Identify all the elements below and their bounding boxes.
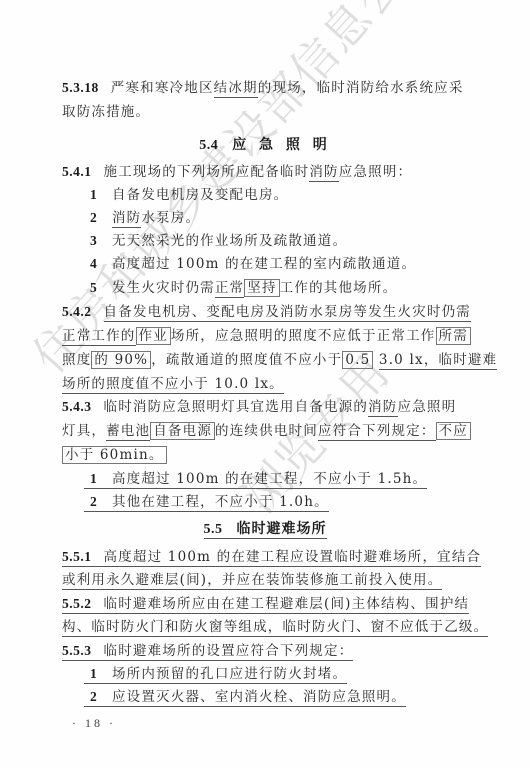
clause-5-4-2-line-2: 正常工作的作业场所，应急照明的照度不应低于正常工作所需 — [62, 327, 471, 345]
item-text: 水泵房。 — [141, 210, 200, 226]
clause-text: 场所，应急照明的照度不应低于正常工作 — [171, 328, 436, 344]
clause-number: 5.5.3 — [62, 643, 92, 658]
item-text: 发生火灾时仍需 — [112, 280, 215, 296]
revised-text: 临时避难场所应由在建工程避难层(间)主体结构、围护结 — [104, 596, 470, 612]
list-item: 2消防水泵房。 — [84, 209, 200, 227]
section-heading-5-5: 5.5临时避难场所 — [0, 518, 530, 538]
revised-text: 临时避难场所的设置应符合下列规定： — [104, 643, 354, 659]
item-text: 其他在建工程，不应小于 1.0h。 — [112, 494, 329, 510]
document-page: 住房和城乡建设部信息公开 浏览专用 5.3.18严寒和寒冷地区结冰期的现场，临时… — [0, 0, 530, 768]
clause-5-5-2-line-2: 构、临时防火门和防火窗等组成，临时防火门、窗不应低于乙级。 — [62, 618, 488, 636]
item-number: 5 — [90, 280, 98, 295]
item-number: 3 — [90, 233, 98, 248]
deleted-text: 的 90% — [91, 351, 151, 369]
clause-5-3-18-line-1: 5.3.18严寒和寒冷地区结冰期的现场，临时消防给水系统应采 — [62, 79, 464, 97]
clause-number: 5.5.2 — [62, 596, 92, 611]
revised-text: 消防 — [309, 164, 338, 182]
clause-number: 5.5.1 — [62, 549, 92, 564]
item-number: 2 — [90, 689, 98, 704]
clause-text: 灯具， — [62, 423, 106, 439]
item-text: 高度超过 100m 的在建工程的室内疏散通道。 — [112, 256, 416, 272]
revised-text: 高度超过 100m 的在建工程应设置临时避难场所，宜结合 — [104, 549, 482, 565]
item-text: 工作的其他场所。 — [280, 280, 398, 296]
clause-text: 应急照明 — [398, 399, 457, 415]
section-heading-5-4: 5.4应 急 照 明 — [0, 134, 530, 154]
clause-5-3-18-line-2: 取防冻措施。 — [62, 103, 150, 121]
item-number: 2 — [90, 494, 98, 509]
clause-text: 的现场，临时消防给水系统应采 — [258, 80, 464, 96]
clause-text: 应急照明： — [339, 164, 413, 180]
clause-5-4-2-line-3: 照度的 90%，疏散通道的照度值不应小于0.5 3.0 lx，临时避难 — [62, 351, 497, 369]
deleted-text: 0.5 — [342, 351, 373, 369]
list-item: 5发生火灾时仍需正常坚持工作的其他场所。 — [84, 279, 397, 297]
clause-text: 临时消防应急照明灯具宜选用自备电源的 — [104, 399, 369, 415]
clause-text: ，疏散通道的照度值不应小于 — [151, 352, 342, 368]
item-number: 2 — [90, 210, 98, 225]
clause-5-5-2-line-1: 5.5.2临时避难场所应由在建工程避难层(间)主体结构、围护结 — [62, 595, 469, 613]
deleted-text: 小于 60min。 — [62, 446, 167, 464]
clause-5-5-1-line-2: 或利用永久避难层(间)，并应在装饰装修施工前投入使用。 — [62, 571, 442, 589]
item-text: 场所内预留的孔口应进行防火封堵。 — [112, 666, 347, 682]
clause-5-4-1: 5.4.1施工现场的下列场所应配备临时消防应急照明： — [62, 163, 412, 181]
list-item: 4高度超过 100m 的在建工程的室内疏散通道。 — [84, 255, 416, 273]
section-number: 5.5 — [204, 522, 223, 537]
revised-text: 场所的照度值不应小于 10.0 lx。 — [62, 376, 284, 394]
deleted-text: 所需 — [436, 327, 471, 345]
clause-text: 照度 — [62, 352, 91, 368]
clause-5-5-3: 5.5.3临时避难场所的设置应符合下列规定： — [62, 642, 353, 660]
revised-text: 正常 — [215, 280, 244, 298]
section-number: 5.4 — [199, 138, 218, 153]
clause-5-4-2-line-4: 场所的照度值不应小于 10.0 lx。 — [62, 375, 284, 393]
clause-5-4-3-line-1: 5.4.3临时消防应急照明灯具宜选用自备电源的消防应急照明 — [62, 398, 456, 416]
clause-number: 5.4.1 — [62, 164, 92, 179]
list-item: 1高度超过 100m 的在建工程，不应小于 1.5h。 — [84, 470, 427, 488]
list-item: 3无天然采光的作业场所及疏散通道。 — [84, 232, 347, 250]
clause-text: 的连续供电时间 — [215, 423, 318, 439]
section-title: 临时避难场所 — [237, 521, 327, 537]
list-item: 2应设置灭火器、室内消火栓、消防应急照明。 — [84, 688, 406, 706]
list-item: 1自备发电机房及变配电房。 — [84, 186, 288, 204]
list-item: 2其他在建工程，不应小于 1.0h。 — [84, 493, 329, 511]
item-text: 高度超过 100m 的在建工程，不应小于 1.5h。 — [112, 471, 427, 487]
deleted-text: 作业 — [136, 327, 171, 345]
deleted-text: 不应 — [436, 422, 471, 440]
clause-5-5-1-line-1: 5.5.1高度超过 100m 的在建工程应设置临时避难场所，宜结合 — [62, 548, 481, 566]
revised-text: 蓄电池 — [106, 423, 150, 441]
item-number: 1 — [90, 666, 98, 681]
item-number: 4 — [90, 256, 98, 271]
revised-text: 结冰期 — [214, 80, 258, 98]
revised-text: 或利用永久避难层(间)，并应在装饰装修施工前投入使用。 — [62, 572, 442, 590]
clause-number: 5.3.18 — [62, 80, 99, 95]
clause-number: 5.4.2 — [62, 304, 92, 319]
item-text: 无天然采光的作业场所及疏散通道。 — [112, 233, 347, 249]
revised-text: 消防 — [368, 399, 397, 417]
revised-text: ，临时避难 — [424, 352, 498, 370]
revised-text: 应符合下列规定： — [318, 423, 436, 441]
revised-text: 自备发电机房、变配电房及消防水泵房等发生火灾时仍需 — [104, 304, 472, 322]
deleted-text: 坚持 — [244, 279, 279, 297]
clause-text: 施工现场的下列场所应配备临时 — [104, 164, 310, 180]
section-title: 应 急 照 明 — [232, 137, 331, 153]
item-text: 应设置灭火器、室内消火栓、消防应急照明。 — [112, 689, 406, 705]
clause-5-4-2-line-1: 5.4.2自备发电机房、变配电房及消防水泵房等发生火灾时仍需 — [62, 303, 471, 321]
item-number: 1 — [90, 187, 98, 202]
revised-text: 消防 — [112, 210, 141, 228]
item-text: 自备发电机房及变配电房。 — [112, 187, 288, 203]
clause-number: 5.4.3 — [62, 399, 92, 414]
clause-5-4-3-line-2: 灯具，蓄电池自备电源的连续供电时间应符合下列规定：不应 — [62, 422, 471, 440]
item-number: 1 — [90, 471, 98, 486]
revised-text: 3.0 lx — [379, 352, 424, 370]
page-number: · 18 · — [72, 716, 116, 731]
revised-text: 正常工作的 — [62, 328, 136, 346]
clause-text: 严寒和寒冷地区 — [111, 80, 214, 96]
revised-text: 构、临时防火门和防火窗等组成，临时防火门、窗不应低于乙级。 — [62, 619, 488, 637]
deleted-text: 自备电源 — [150, 422, 215, 440]
clause-5-4-3-line-3: 小于 60min。 — [62, 446, 167, 464]
list-item: 1场所内预留的孔口应进行防火封堵。 — [84, 665, 347, 683]
